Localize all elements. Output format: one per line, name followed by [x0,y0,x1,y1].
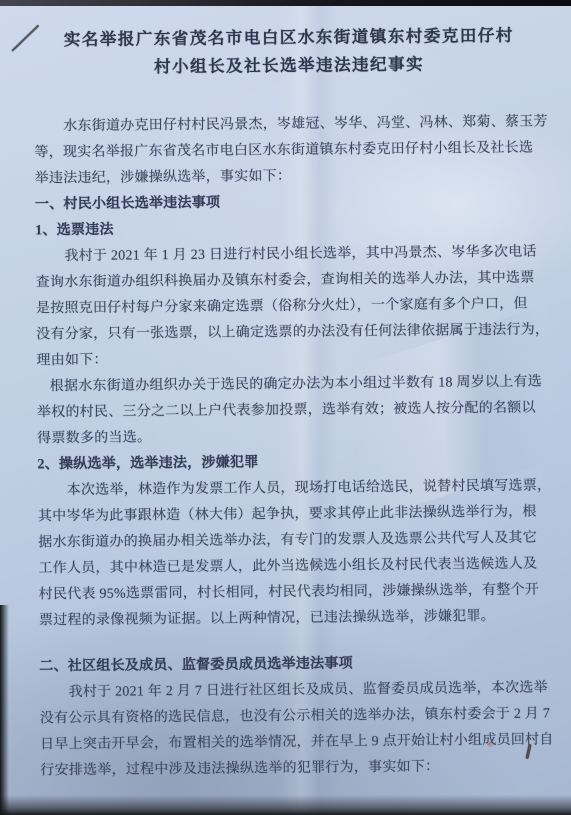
section1-paragraph1: 我村于 2021 年 1 月 23 日进行村民小组长选举，其中冯景杰、岑华多次电… [35,239,547,374]
pen-mark-dot [488,742,493,747]
document-photo: 实名举报广东省茂名市电白区水东街道镇东村委克田仔村 村小组长及社长选举违法违纪事… [0,0,571,815]
title-line: 实名举报广东省茂名市电白区水东街道镇东村委克田仔村 [33,22,544,55]
photo-edge-top [0,0,571,6]
section2-paragraph1: 我村于 2021 年 2 月 7 日进行社区组长及成员、监督委员成员选举，本次选… [40,675,552,784]
section1-paragraph3: 本次选举，林造作为发票工作人员，现场打电话给选民，说替村民填写选票， 其中岑华为… [38,473,550,634]
body-line: 举权的村民、三分之二以上户代表参加投票，选举有效；被选人按分配的名额以 [37,395,548,426]
body-line: 票过程的录像视频为证据。以上两种情况，已违法操纵选举，涉嫌犯罪。 [39,603,550,634]
document-content: 实名举报广东省茂名市电白区水东街道镇东村委克田仔村 村小组长及社长选举违法违纪事… [0,0,571,785]
photo-edge-bottom [0,795,571,815]
intro-paragraph: 水东街道办克田仔村村民冯景杰，岑雄冠、岑华、冯堂、冯林、郑菊、蔡玉芳 等，现实名… [34,109,546,192]
section1-paragraph2: 根据水东街道办组织办关于选民的确定办法为本小组过半数有 18 周岁以上有选 举权… [37,369,549,452]
document-title: 实名举报广东省茂名市电白区水东街道镇东村委克田仔村 村小组长及社长选举违法违纪事… [33,22,545,83]
body-line: 行安排选举，过程中涉及违法操纵选举的犯罪行为，事实如下： [40,753,551,784]
body-line: 没有分家，只有一张选票，以上确定选票的办法没有任何法律依据属于违法行为， [36,317,547,348]
body-line: 等，现实名举报广东省茂名市电白区水东街道镇东村委克田仔村小组长及社长选 [34,135,545,166]
body-line: 日早上突击开早会，布置相关的选举情况，并在早上 9 点开始让村小组成员回村自 [40,727,551,758]
photo-edge-left [0,605,9,815]
title-line: 村小组长及社长选举违法违纪事实 [34,50,545,83]
